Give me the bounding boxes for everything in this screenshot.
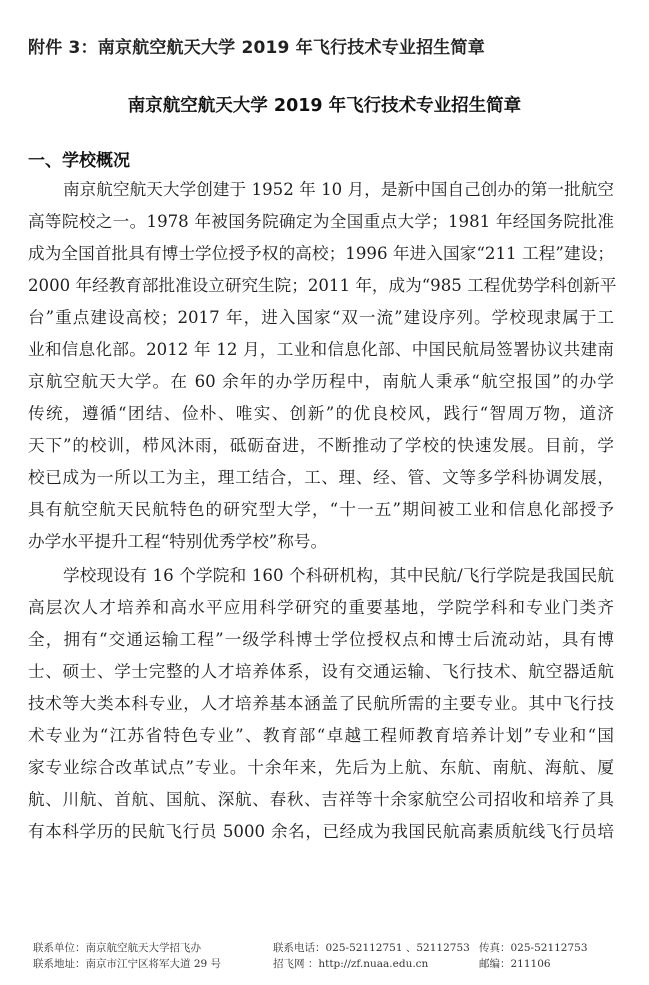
footer-contact-address: 联系地址：南京市江宁区将军大道 29 号 — [33, 957, 221, 972]
paragraph-line: 学校现设有 16 个学院和 160 个科研机构，其中民航/飞行学院是我国民航 — [63, 566, 614, 586]
footer-fax: 传真：025-52112753 — [479, 941, 588, 956]
paragraph-line: 全，拥有“交通运输工程”一级学科博士学位授权点和博士后流动站，具有博 — [28, 630, 614, 650]
paragraph-line: 士、硕士、学士完整的人才培养体系，设有交通运输、飞行技术、航空器适航 — [28, 662, 614, 682]
paragraph-line: 高等院校之一。1978 年被国务院确定为全国重点大学；1981 年经国务院批准 — [28, 212, 614, 232]
paragraph-line: 业和信息化部。2012 年 12 月，工业和信息化部、中国民航局签署协议共建南 — [28, 340, 614, 360]
paragraph-line: 台”重点建设高校；2017 年，进入国家“双一流”建设序列。学校现隶属于工 — [28, 308, 614, 328]
section-heading-school-overview: 一、学校概况 — [28, 146, 130, 171]
paragraph-line: 成为全国首批具有博士学位授予权的高校；1996 年进入国家“211 工程”建设； — [28, 244, 614, 264]
paragraph-line: 办学水平提升工程“特别优秀学校”称号。 — [28, 532, 614, 552]
paragraph-line: 校已成为一所以工为主，理工结合，工、理、经、管、文等多学科协调发展， — [28, 468, 614, 488]
paragraph-line: 传统，遵循“团结、俭朴、唯实、创新”的优良校风，践行“智周万物，道济 — [28, 404, 614, 424]
paragraph-line: 具有航空航天民航特色的研究型大学，“十一五”期间被工业和信息化部授予 — [28, 500, 614, 520]
footer-contact-phone: 联系电话：025-52112751 、52112753 — [273, 941, 470, 956]
paragraph-line: 术专业为“江苏省特色专业”、教育部“卓越工程师教育培养计划”专业和“国 — [28, 726, 614, 746]
paragraph-line: 南京航空航天大学创建于 1952 年 10 月，是新中国自己创办的第一批航空 — [63, 180, 614, 200]
footer-contact-unit: 联系单位：南京航空航天大学招飞办 — [33, 941, 201, 956]
paragraph-line: 航、川航、首航、国航、深航、春秋、吉祥等十余家航空公司招收和培养了具 — [28, 790, 614, 810]
paragraph-line: 有本科学历的民航飞行员 5000 余名，已经成为我国民航高素质航线飞行员培 — [28, 822, 614, 842]
paragraph-line: 2000 年经教育部批准设立研究生院；2011 年，成为“985 工程优势学科创… — [28, 276, 614, 296]
paragraph-line: 家专业综合改革试点”专业。十余年来，先后为上航、东航、南航、海航、厦 — [28, 758, 614, 778]
footer-website-link[interactable]: 招飞网 ：http://zf.nuaa.edu.cn — [273, 957, 428, 972]
paragraph-line: 高层次人才培养和高水平应用科学研究的重要基地，学院学科和专业门类齐 — [28, 598, 614, 618]
document-title: 南京航空航天大学 2019 年飞行技术专业招生简章 — [0, 92, 649, 117]
paragraph-line: 京航空航天大学。在 60 余年的办学历程中，南航人秉承“航空报国”的办学 — [28, 372, 614, 392]
footer-postcode: 邮编：211106 — [479, 957, 551, 972]
attachment-label: 附件 3：南京航空航天大学 2019 年飞行技术专业招生简章 — [28, 33, 485, 58]
paragraph-line: 天下”的校训，栉风沐雨，砥砺奋进，不断推动了学校的快速发展。目前，学 — [28, 436, 614, 456]
paragraph-line: 技术等大类本科专业，人才培养基本涵盖了民航所需的主要专业。其中飞行技 — [28, 694, 614, 714]
